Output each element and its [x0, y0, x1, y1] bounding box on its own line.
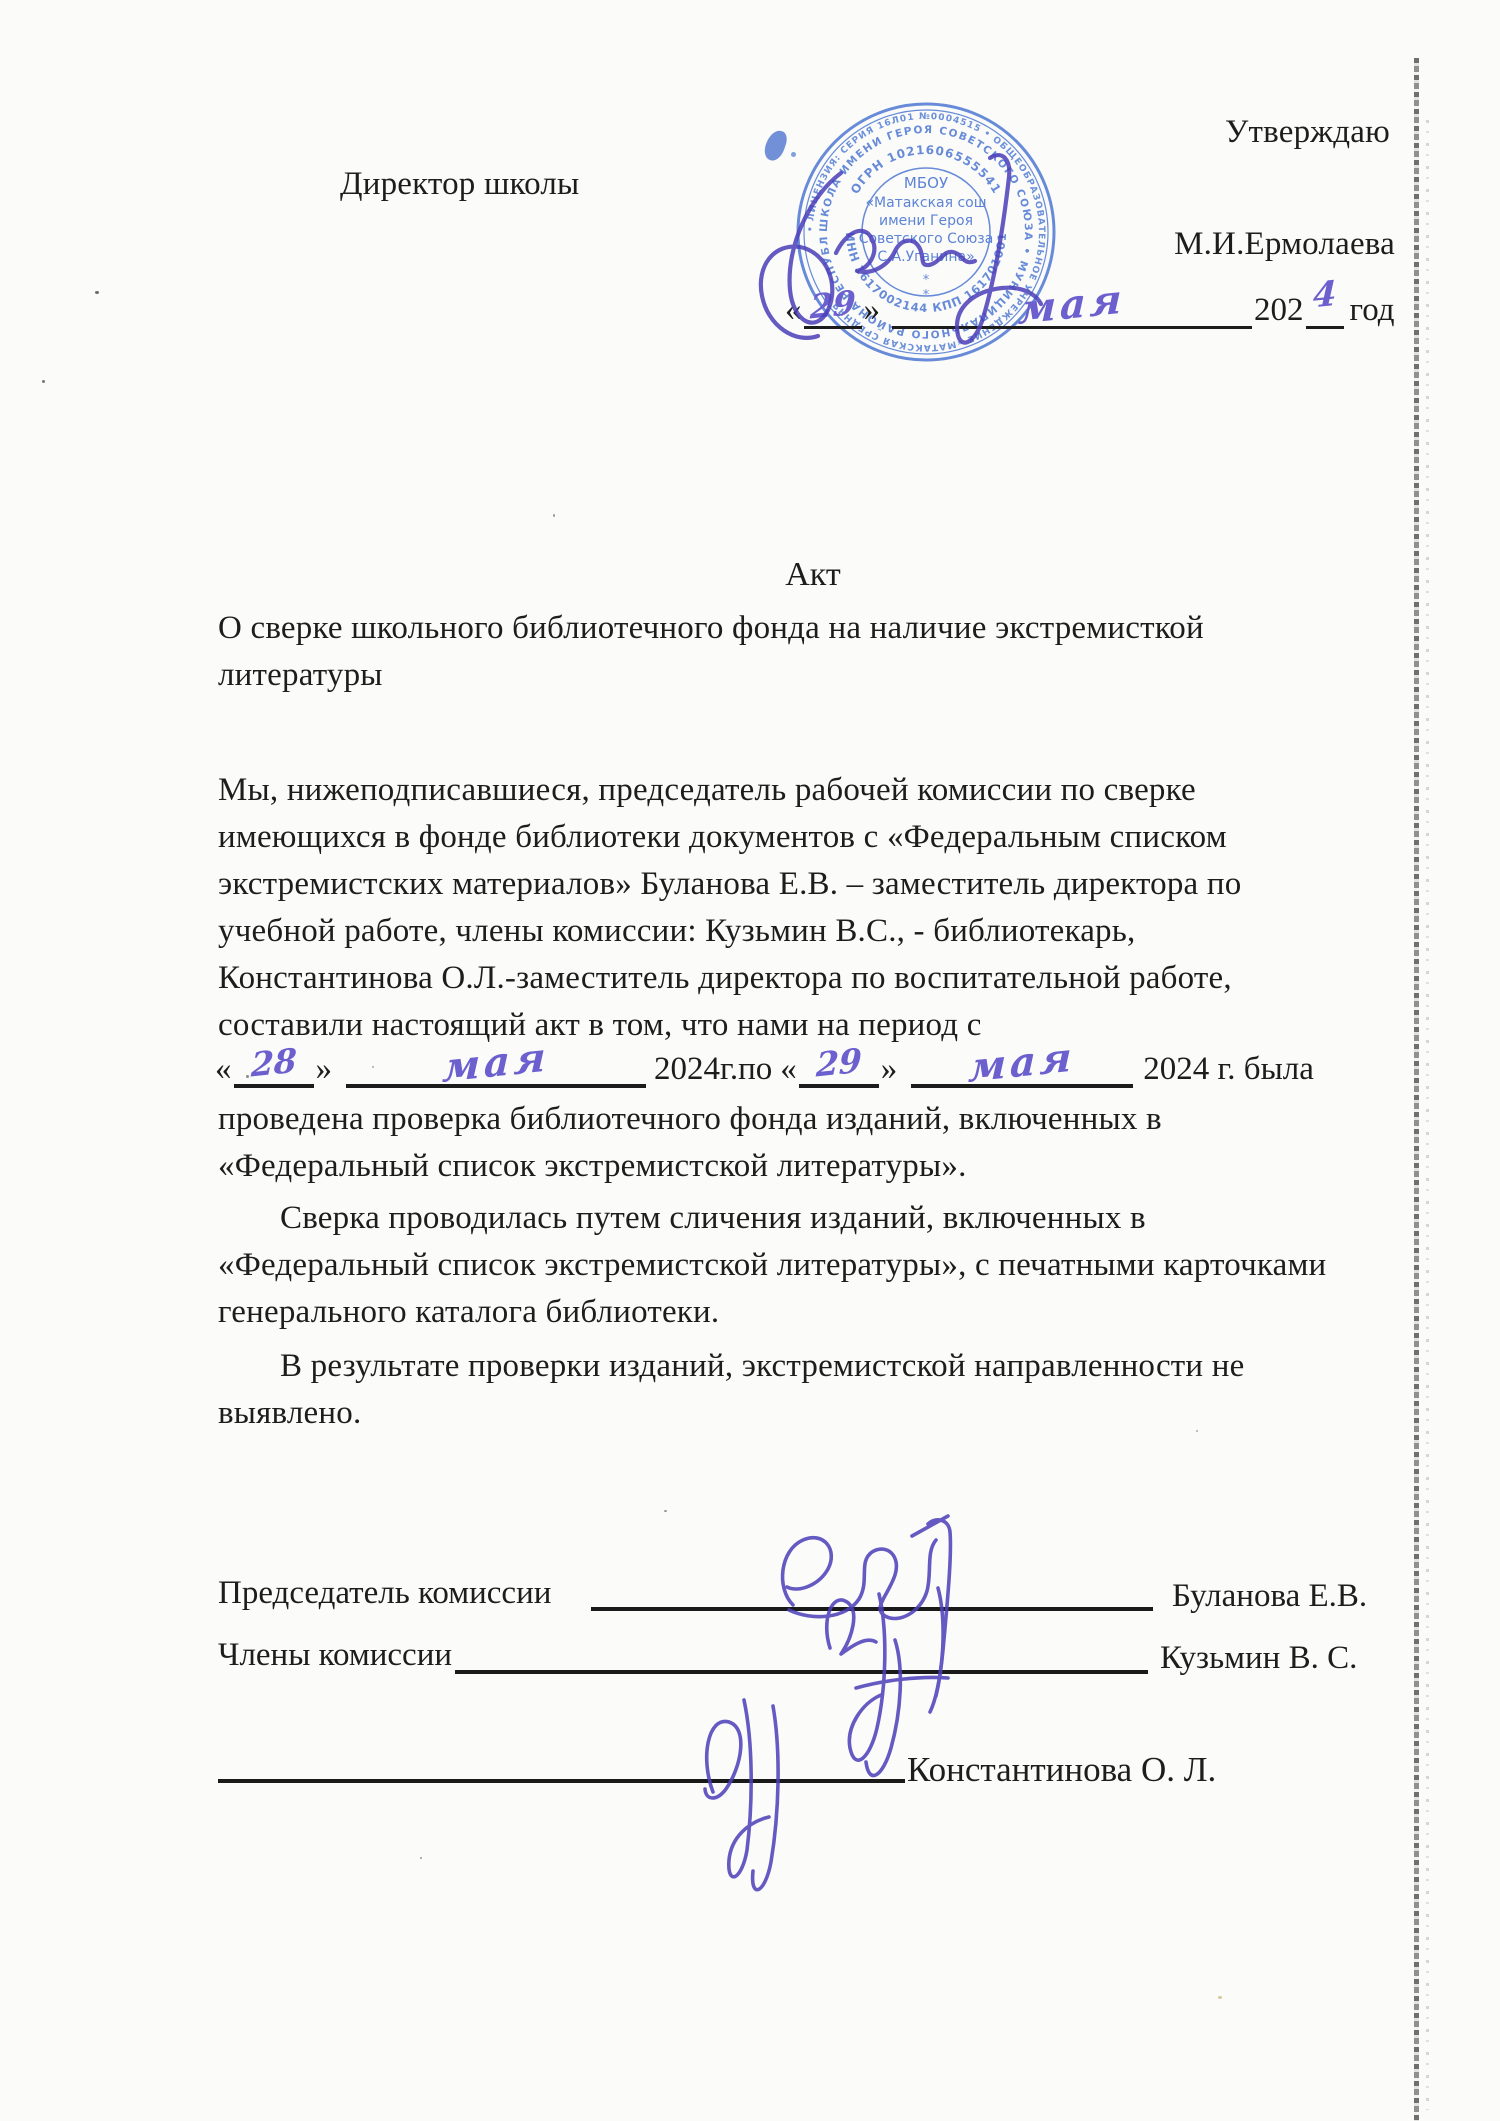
signature-bulanova [783, 1516, 951, 1712]
body-line: В результате проверки изданий, экстремис… [280, 1348, 1244, 1385]
body-line: выявлено. [218, 1395, 361, 1432]
year-suffix: год [1348, 294, 1397, 329]
day-blank: 29 [799, 1044, 879, 1088]
quote-open: « [778, 1053, 799, 1088]
quote-close: » [862, 294, 883, 329]
handwritten-day: 29 [809, 285, 856, 323]
signature-line [591, 1607, 1153, 1611]
handwritten-month: мая [1018, 279, 1127, 331]
approval-date-line: « 29 » мая 202 4 год [783, 286, 1397, 329]
stamp-center-line: МБОУ [904, 174, 948, 192]
signature-konstantinova [705, 1700, 778, 1890]
scan-speck [1218, 1996, 1222, 1999]
scan-speck [420, 1857, 422, 1859]
body-line: экстремистских материалов» Буланова Е.В.… [218, 866, 1241, 903]
handwritten-month-to: мая [968, 1037, 1077, 1089]
period-tail-text: 2024 г. была [1141, 1053, 1316, 1088]
member-name: Кузьмин В. С. [1160, 1640, 1357, 1677]
signature-kuzmin [827, 1588, 948, 1776]
stamp-center-line: Советского Союза [859, 231, 994, 247]
approve-label: Утверждаю [1225, 114, 1390, 151]
month-blank: мая [911, 1044, 1133, 1088]
chairman-label: Председатель комиссии [218, 1575, 551, 1612]
year-digit-blank: 4 [1306, 286, 1344, 329]
director-label: Директор школы [340, 166, 579, 203]
scan-speck [95, 291, 99, 294]
handwritten-day-to: 29 [815, 1043, 862, 1081]
day-blank: 29 [804, 286, 862, 329]
body-line: генерального каталога библиотеки. [218, 1294, 719, 1331]
quote-open: « [783, 294, 804, 329]
handwritten-year-digit: 4 [1312, 277, 1337, 314]
scanned-act-document: Директор школы Утверждаю М.И.Ермолаева •… [0, 0, 1500, 2121]
body-line: учебной работе, члены комиссии: Кузьмин … [218, 913, 1135, 950]
period-fill-line: « 28 » мая 2024г.по « 29 » мая 2024 г. б… [213, 1044, 1316, 1088]
signature-line [455, 1670, 1148, 1674]
stamp-center-line: имени Героя [879, 213, 973, 229]
quote-close: » [879, 1053, 900, 1088]
approver-name: М.И.Ермолаева [1174, 226, 1395, 263]
body-line: Мы, нижеподписавшиеся, председатель рабо… [218, 772, 1196, 809]
body-line: Константинова О.Л.-заместитель директора… [218, 960, 1232, 997]
members-label: Члены комиссии [218, 1637, 452, 1674]
year-prefix: 202 [1252, 294, 1306, 329]
scan-speck [42, 380, 45, 383]
stamp-center-line: С.А.Уганина» [877, 249, 974, 265]
scan-speck [664, 1510, 667, 1512]
document-title: Акт [218, 556, 1408, 594]
scan-speck [553, 514, 555, 517]
stamp-center-line: «Матакская сош [865, 195, 986, 211]
document-subtitle-line: литературы [218, 657, 383, 694]
document-subtitle-line: О сверке школьного библиотечного фонда н… [218, 610, 1204, 647]
member-name: Константинова О. Л. [907, 1750, 1216, 1790]
handwritten-day-from: 28 [250, 1043, 297, 1081]
day-blank: 28 [234, 1044, 314, 1088]
period-mid-text: 2024г.по [652, 1053, 774, 1088]
ink-blot [762, 128, 790, 163]
handwritten-month-from: мая [442, 1037, 551, 1089]
body-line: имеющихся в фонде библиотеки документов … [218, 819, 1227, 856]
scan-artifact-vertical-line-faint [1426, 120, 1429, 2110]
signature-line [218, 1779, 905, 1783]
body-line: Сверка проводилась путем сличения издани… [280, 1200, 1146, 1237]
quote-close: » [314, 1053, 335, 1088]
scan-artifact-vertical-line [1414, 58, 1419, 2121]
body-line: проведена проверка библиотечного фонда и… [218, 1101, 1162, 1138]
body-line: составили настоящий акт в том, что нами … [218, 1007, 982, 1044]
month-blank: мая [892, 286, 1252, 329]
body-line: «Федеральный список экстремистской литер… [218, 1247, 1326, 1284]
body-line: «Федеральный список экстремистской литер… [218, 1148, 967, 1185]
chairman-name: Буланова Е.В. [1172, 1578, 1367, 1615]
month-blank: мая [346, 1044, 646, 1088]
quote-open: « [213, 1053, 234, 1088]
scan-speck [1196, 1430, 1198, 1432]
